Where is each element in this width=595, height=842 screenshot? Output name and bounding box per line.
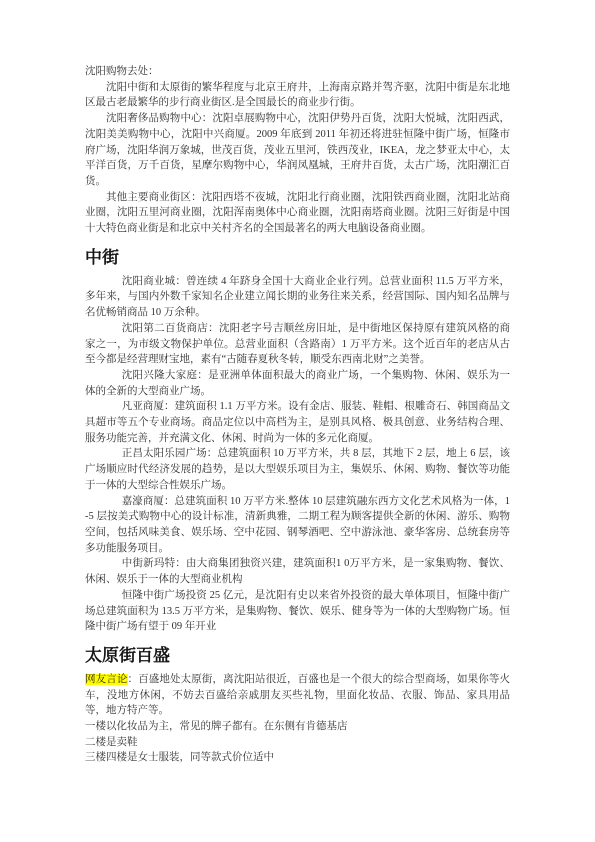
baisheng-comment-text: ：百盛地处太原街，离沈阳站很近，百盛也是一个很大的综合型商场，如果你等火车，没地…: [85, 674, 510, 716]
section-heading-zhongjie: 中街: [85, 247, 510, 268]
zhongjie-paragraph-3: 沈阳兴隆大家庭：是亚洲单体面积最大的商业广场，一个集购物、休闲、娱乐为一体的全新…: [85, 368, 510, 399]
baisheng-floor-line-2: 二楼是卖鞋: [85, 735, 510, 751]
zhongjie-paragraph-6: 嘉濠商厦：总建筑面积 10 万平方米.整体 10 层建筑融东西方文化艺术风格为一…: [85, 494, 510, 557]
highlighted-netizen-comment-label: 网友言论: [85, 674, 128, 685]
baisheng-comment-paragraph: 网友言论：百盛地处太原街，离沈阳站很近，百盛也是一个很大的综合型商场，如果你等火…: [85, 672, 510, 719]
baisheng-floor-line-3: 三楼四楼是女士服装，同等款式价位适中: [85, 750, 510, 766]
intro-paragraph-3: 其他主要商业街区：沈阳西塔不夜城，沈阳北行商业圈，沈阳铁西商业圈，沈阳北站商业圈…: [85, 190, 510, 237]
intro-paragraph-2: 沈阳奢侈品购物中心：沈阳卓展购物中心，沈阳伊势丹百货，沈阳大悦城，沈阳西武，沈阳…: [85, 111, 510, 190]
baisheng-floor-line-1: 一楼以化妆品为主，常见的牌子都有。在东侧有肯德基店: [85, 719, 510, 735]
zhongjie-paragraph-7: 中街新玛特：由大商集团独资兴建，建筑面积1 0万平方米，是一家集购物、餐饮、休闲…: [85, 556, 510, 587]
section-heading-baisheng: 太原街百盛: [85, 645, 510, 666]
document-page: 沈阳购物去处： 沈阳中街和太原街的繁华程度与北京王府井，上海南京路并驾齐驱，沈阳…: [0, 0, 595, 842]
zhongjie-paragraph-4: 凡亚商厦：建筑面积 1.1 万平方米。设有金店、服装、鞋帽、根雕奇石、韩国商品文…: [85, 399, 510, 446]
zhongjie-paragraph-5: 正昌太阳乐园广场：总建筑面积 10 万平方米，共 8 层，其地下 2 层，地上 …: [85, 446, 510, 493]
zhongjie-paragraph-8: 恒隆中街广场投资 25 亿元，是沈阳有史以来省外投资的最大单体项目，恒隆中街广场…: [85, 588, 510, 635]
zhongjie-paragraph-2: 沈阳第二百货商店：沈阳老字号吉顺丝房旧址，是中街地区保持原有建筑风格的商家之一，…: [85, 321, 510, 368]
zhongjie-paragraph-1: 沈阳商业城：曾连续 4 年跻身全国十大商业企业行列。总营业面积 11.5 万平方…: [85, 274, 510, 321]
intro-paragraph-1: 沈阳中街和太原街的繁华程度与北京王府井，上海南京路并驾齐驱，沈阳中街是东北地区最…: [85, 80, 510, 111]
intro-title: 沈阳购物去处：: [85, 64, 510, 80]
